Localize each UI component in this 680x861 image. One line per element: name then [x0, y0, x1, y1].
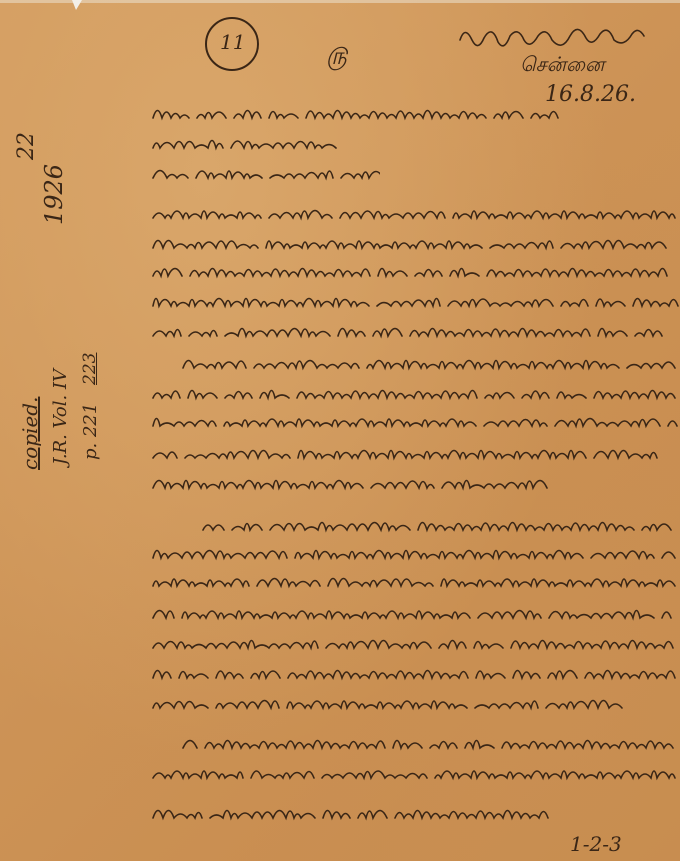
margin-reference-page-alt: 223	[80, 353, 100, 385]
header-place-line	[455, 20, 675, 54]
margin-reference-volume: J.R. Vol. IV	[50, 369, 71, 465]
handwritten-line	[150, 232, 680, 259]
handwritten-line	[150, 382, 680, 409]
paper-tear	[72, 0, 82, 10]
header-city: சென்னை	[520, 52, 604, 79]
handwritten-line	[150, 632, 680, 659]
handwritten-line	[150, 102, 570, 129]
closing-fragment: 1-2-3	[570, 832, 622, 856]
margin-reference-page: p. 221	[80, 403, 101, 460]
handwritten-line	[180, 352, 680, 379]
tamil-numeral-mark: ௫	[326, 42, 347, 73]
handwritten-line	[150, 442, 670, 469]
handwritten-line	[150, 662, 680, 689]
handwritten-line	[150, 320, 670, 347]
handwritten-line	[150, 542, 680, 569]
handwritten-line	[150, 472, 550, 499]
handwritten-line	[150, 602, 680, 629]
margin-superscript: 22	[14, 132, 39, 160]
margin-year: 1926	[40, 164, 68, 225]
handwritten-line	[180, 732, 680, 759]
handwritten-line	[150, 570, 680, 597]
handwritten-line	[150, 162, 380, 189]
handwritten-line	[150, 762, 680, 789]
handwritten-line	[150, 202, 680, 229]
folio-number: 11	[220, 30, 245, 54]
handwritten-line	[150, 410, 680, 437]
paper-top-edge	[0, 0, 680, 3]
handwritten-line	[150, 132, 350, 159]
handwritten-line	[150, 260, 670, 287]
handwritten-line	[150, 802, 550, 829]
handwritten-line	[150, 290, 680, 317]
margin-copied: copied.	[18, 397, 42, 470]
handwritten-line	[150, 692, 630, 719]
handwritten-line	[200, 514, 680, 541]
